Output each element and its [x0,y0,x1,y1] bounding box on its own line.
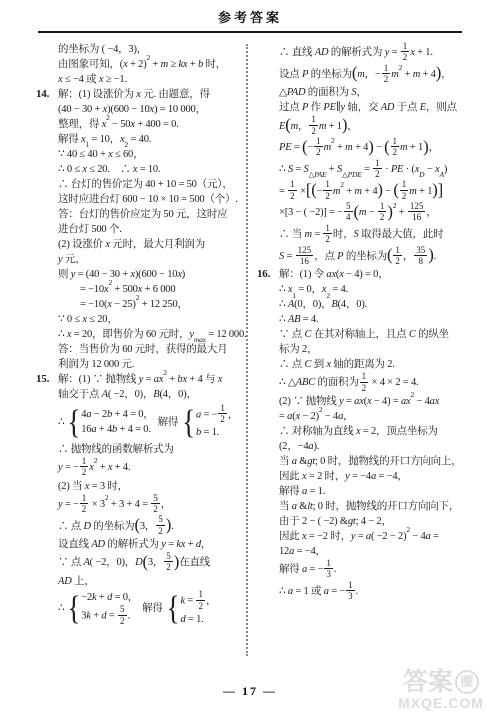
therefore-symbol: ∴ [58,601,64,616]
answer-line: 因此 x = −2 时，y = a( −2 − 2)2 − 4a = [257,529,475,544]
answer-line: 进台灯 500 个. [36,222,244,237]
answer-line: 这时应进台灯 600 − 10 × 10 = 500（个）. [36,192,244,207]
equation-stack: 4a − 2b + 4 = 0，16a + 4b + 4 = 0. [81,407,153,437]
line-text: ∴ x1 = 0，x2 = 4. [279,284,348,295]
equation-stack: k = 12，d = 1. [180,590,216,627]
right-column: ∴ 直线 AD 的解析式为 y = 12x + 1.设点 P 的坐标为(m，−1… [257,42,475,602]
line-text: ∵ 0 ≤ x ≤ 20， [58,314,118,325]
watermark: 答案 圈 MXQE.COM [386,669,496,711]
line-text: 设直线 AD 的解析式为 y = kx + d， [58,539,211,550]
answer-line: y 元， [36,252,244,267]
line-text: 答：台灯的售价应定为 50 元，这时应 [58,209,227,220]
line-text: 答：当售价为 60 元时，获得的最大月 [58,344,227,355]
line-text: 解：(1) 令 ax(x − 4) = 0， [279,269,389,280]
equation-row: −2k + d = 0， [81,590,138,605]
line-text: 解：(1) 设涨价为 x 元. 由题意，得 [58,89,210,100]
equation-row: 16a + 4b + 4 = 0. [81,422,153,437]
line-text: (2) 当 x = 3 时， [58,481,128,492]
answer-line: PE = (−12m2 + m + 4) − (12m + 1)， [257,137,475,159]
answer-line: 整理，得 x2 − 50x + 400 = 0. [36,117,244,132]
equation-system-line: ∴{−2k + d = 0，3k + d = 52.解得{k = 12，d = … [36,589,244,629]
solve-label: 解得 [142,601,163,616]
line-text: 过点 P 作 PE∥y 轴，交 AD 于点 E，则点 [279,102,457,113]
line-text: 解得 a = 1. [279,486,325,497]
answer-line: 由于 2 − ( −2) &gt; 4 − 2， [257,514,475,529]
answer-line: ∵ 点 A( −2，0)，D(3，52)在直线 [36,552,244,574]
answer-line: 当 a &gt; 0 时，抛物线的开口方向向上， [257,454,475,469]
line-text: ∵ 40 ≤ 40 + x ≤ 60， [58,149,143,160]
line-text: ∴ 台灯的售价定为 40 + 10 = 50（元）， [58,179,233,190]
answer-line: ∴ 台灯的售价定为 40 + 10 = 50（元）， [36,177,244,192]
equation-row: 3k + d = 52. [81,605,138,627]
line-text: 当 a &gt; 0 时，抛物线的开口方向向上， [279,456,462,467]
line-text: ∴ 直线 AD 的解析式为 y = 12x + 1. [279,47,433,58]
line-text: △PAD 的面积为 S， [279,87,367,98]
line-text: 因此 x = −2 时，y = a( −2 − 2)2 − 4a = [279,531,439,542]
problem-number: 16. [257,267,270,282]
line-text: = −10x2 + 500x + 6 000 [80,284,175,295]
answer-line: ∴ 直线 AD 的解析式为 y = 12x + 1. [257,42,475,64]
line-text: 因此 x = 2 时，y = −4a = −4， [279,471,408,482]
line-text: y 元， [58,254,86,265]
answer-line: ∴ S = S△PAE + S△PDE = 12 · PE · (xD − xA… [257,159,475,181]
watermark-brand-text: 答案 [403,669,453,695]
line-text: ∴ 点 C 到 x 轴的距离为 2. [279,359,395,370]
answer-line: ∴ AB = 4. [257,312,475,327]
answer-line: (2) ∵ 抛物线 y = ax(x − 4) = ax2 − 4ax [257,394,475,409]
watermark-brand: 答案 圈 [386,669,496,695]
line-text: ∴ 点 D 的坐标为(3，52). [58,521,174,532]
line-text: 12a = −4， [279,546,326,557]
left-brace-icon: { [182,405,195,439]
answer-line: ∴ 抛物线的函数解析式为 [36,442,244,457]
answer-line: 16.解：(1) 令 ax(x − 4) = 0， [257,267,475,282]
line-text: 整理，得 x2 − 50x + 400 = 0. [58,119,179,130]
answer-line: = −10x2 + 500x + 6 000 [36,282,244,297]
line-text: 这时应进台灯 600 − 10 × 10 = 500（个）. [58,194,238,205]
answer-line: △PAD 的面积为 S， [257,85,475,100]
line-text: x ≤ −4 或 x ≥ −1. [58,74,127,85]
answer-line: 则 y = (40 − 30 + x)(600 − 10x) [36,267,244,282]
answer-line: ×[3 − ( −2)] = −54(m − 12)2 + 12516， [257,202,475,224]
answer-line: 答：当售价为 60 元时，获得的最大月 [36,342,244,357]
answer-line: y = −12x2 + x + 4. [36,457,244,479]
answer-line: 当 a &lt; 0 时，抛物线的开口方向向下， [257,499,475,514]
line-text: 由图象可知，(x + 2)2 + m ≥ kx + b 时， [58,59,226,70]
answer-line: 利润为 12 000 元. [36,357,244,372]
answer-line: ∴ 当 m = 12时，S 取得最大值，此时 [257,224,475,246]
line-text: (2) 设涨价 x 元时，最大月利润为 [58,239,205,250]
answer-line: 答：台灯的售价应定为 50 元，这时应 [36,207,244,222]
problem-number: 15. [36,372,49,387]
answer-line: 因此 x = 2 时，y = −4a = −4， [257,469,475,484]
line-text: (40 − 30 + x)(600 − 10x) = 10 000， [58,104,206,115]
solve-label: 解得 [158,415,179,430]
answer-line: 由图象可知，(x + 2)2 + m ≥ kx + b 时， [36,57,244,72]
line-text: = a(x − 2)2 − 4a， [279,411,353,422]
line-text: 进台灯 500 个. [58,224,122,235]
answer-line: 解得 x1 = 10，x2 = 40. [36,132,244,147]
line-text: (2) ∵ 抛物线 y = ax(x − 4) = ax2 − 4ax [279,396,439,407]
line-text: ∴ a = 1 或 a = −13. [279,586,358,597]
answer-line: ∴ A(0，0)，B(4，0). [257,297,475,312]
equation-system: {4a − 2b + 4 = 0，16a + 4b + 4 = 0. [67,407,153,437]
line-text: ∴ 当 m = 12时，S 取得最大值，此时 [279,229,443,240]
answer-line: ∴ 对称轴为直线 x = 2，顶点坐标为 [257,424,475,439]
answer-line: 设点 P 的坐标为(m，−12m2 + m + 4)， [257,64,475,86]
answer-line: ∴ 0 ≤ x ≤ 20. ∴ x = 10. [36,162,244,177]
watermark-site: MXQE.COM [386,695,496,711]
line-text: 利润为 12 000 元. [58,359,134,370]
line-text: ×[3 − ( −2)] = −54(m − 12)2 + 12516， [279,207,437,218]
equation-row: a = −12， [196,404,238,426]
equation-row: d = 1. [180,612,216,627]
answer-line: ∴ a = 1 或 a = −13. [257,581,475,603]
line-text: 当 a &lt; 0 时，抛物线的开口方向向下， [279,501,459,512]
left-column: 的坐标为 ( −4，3)，由图象可知，(x + 2)2 + m ≥ kx + b… [36,42,244,629]
answer-line: (40 − 30 + x)(600 − 10x) = 10 000， [36,102,244,117]
answer-line: 解得 a = −13. [257,559,475,581]
answer-line: 的坐标为 ( −4，3)， [36,42,244,57]
line-text: ∵ 点 A( −2，0)，D(3，52)在直线 [58,557,210,568]
answer-line: ∵ 0 ≤ x ≤ 20， [36,312,244,327]
answer-line: = a(x − 2)2 − 4a， [257,409,475,424]
line-text: ∴ 0 ≤ x ≤ 20. ∴ x = 10. [58,164,160,175]
answer-line: S = 12516，点 P 的坐标为(12，358). [257,246,475,268]
line-text: ∴ 抛物线的函数解析式为 [58,444,174,455]
line-text: 的坐标为 ( −4，3)， [58,44,147,55]
answer-line: ∴ 点 D 的坐标为(3，52). [36,515,244,537]
left-brace-icon: { [167,592,180,626]
line-text: ∴ △ABC 的面积为12 × 4 × 2 = 4. [279,377,418,388]
line-text: 解得 a = −13. [279,564,336,575]
line-text: 轴交于点 A( −2，0)，B(4，0)， [58,389,197,400]
equation-system: {k = 12，d = 1. [167,590,217,627]
answer-line: ∴ 点 C 到 x 轴的距离为 2. [257,357,475,372]
column-divider [246,44,248,656]
line-text: 解得 x1 = 10，x2 = 40. [58,134,151,145]
equation-stack: −2k + d = 0，3k + d = 52. [81,590,138,627]
answer-line: = 12 ×[(−12m2 + m + 4) − (12m + 1)] [257,180,475,202]
line-text: = −10(x − 25)2 + 12 250， [80,299,188,310]
line-text: 由于 2 − ( −2) &gt; 4 − 2， [279,516,392,527]
line-text: = 12 ×[(−12m2 + m + 4) − (12m + 1)] [279,186,443,197]
therefore-symbol: ∴ [58,415,64,430]
answer-line: 设直线 AD 的解析式为 y = kx + d， [36,537,244,552]
line-text: 解：(1) ∵ 抛物线 y = ax2 + bx + 4 与 x [58,374,222,385]
answer-line: 12a = −4， [257,544,475,559]
line-text: ∵ 点 C 在其对称轴上，且点 C 的纵坐 [279,329,449,340]
answer-line: ∴ △ABC 的面积为12 × 4 × 2 = 4. [257,372,475,394]
equation-stack: a = −12，b = 1. [196,404,238,441]
line-text: 设点 P 的坐标为(m，−12m2 + m + 4)， [279,69,451,80]
equation-system: {a = −12，b = 1. [182,404,238,441]
equation-row: b = 1. [196,425,238,440]
answer-line: (2) 设涨价 x 元时，最大月利润为 [36,237,244,252]
answer-line: ∴ x1 = 0，x2 = 4. [257,282,475,297]
answer-line: 标为 2， [257,342,475,357]
answer-line: y = −12 × 32 + 3 + 4 = 52， [36,494,244,516]
line-text: ∴ AB = 4. [279,314,318,325]
line-text: ∴ 对称轴为直线 x = 2，顶点坐标为 [279,426,438,437]
answer-line: 解得 a = 1. [257,484,475,499]
equation-row: k = 12， [180,590,216,612]
line-text: S = 12516，点 P 的坐标为(12，358). [279,251,436,262]
equation-system-line: ∴{4a − 2b + 4 = 0，16a + 4b + 4 = 0.解得{a … [36,402,244,442]
equation-row: 4a − 2b + 4 = 0， [81,407,153,422]
line-text: 标为 2， [279,344,317,355]
answer-line: 轴交于点 A( −2，0)，B(4，0)， [36,387,244,402]
answer-line: x ≤ −4 或 x ≥ −1. [36,72,244,87]
answer-line: 过点 P 作 PE∥y 轴，交 AD 于点 E，则点 [257,100,475,115]
line-text: ∴ S = S△PAE + S△PDE = 12 · PE · (xD − xA… [279,164,447,175]
line-text: (2，−4a). [279,441,319,452]
answer-line: AD 上， [36,574,244,589]
page-title: 参考答案 [0,7,500,26]
equation-system: {−2k + d = 0，3k + d = 52. [67,590,138,627]
answer-line: 15.解：(1) ∵ 抛物线 y = ax2 + bx + 4 与 x [36,372,244,387]
answer-line: (2，−4a). [257,439,475,454]
line-text: PE = (−12m2 + m + 4) − (12m + 1)， [279,142,439,153]
line-text: ∴ x = 20，即售价为 60 元时，ymax = 12 000. [58,329,246,340]
answer-line: ∴ x = 20，即售价为 60 元时，ymax = 12 000. [36,327,244,342]
line-text: y = −12x2 + x + 4. [58,462,130,473]
answer-line: E(m，12m + 1)， [257,115,475,137]
line-text: AD 上， [58,576,95,587]
watermark-circle-icon: 圈 [455,670,479,694]
problem-number: 14. [36,87,49,102]
answer-key-page: 参考答案 的坐标为 ( −4，3)，由图象可知，(x + 2)2 + m ≥ k… [0,0,500,713]
line-text: ∴ A(0，0)，B(4，0). [279,299,367,310]
left-brace-icon: { [67,592,80,626]
answer-line: (2) 当 x = 3 时， [36,479,244,494]
answer-line: = −10(x − 25)2 + 12 250， [36,297,244,312]
line-text: E(m，12m + 1)， [279,121,358,132]
answer-line: ∵ 点 C 在其对称轴上，且点 C 的纵坐 [257,327,475,342]
line-text: 则 y = (40 − 30 + x)(600 − 10x) [58,269,185,280]
answer-line: ∵ 40 ≤ 40 + x ≤ 60， [36,147,244,162]
answer-line: 14.解：(1) 设涨价为 x 元. 由题意，得 [36,87,244,102]
line-text: y = −12 × 32 + 3 + 4 = 52， [58,499,171,510]
left-brace-icon: { [67,405,80,439]
header-rule [38,31,462,33]
